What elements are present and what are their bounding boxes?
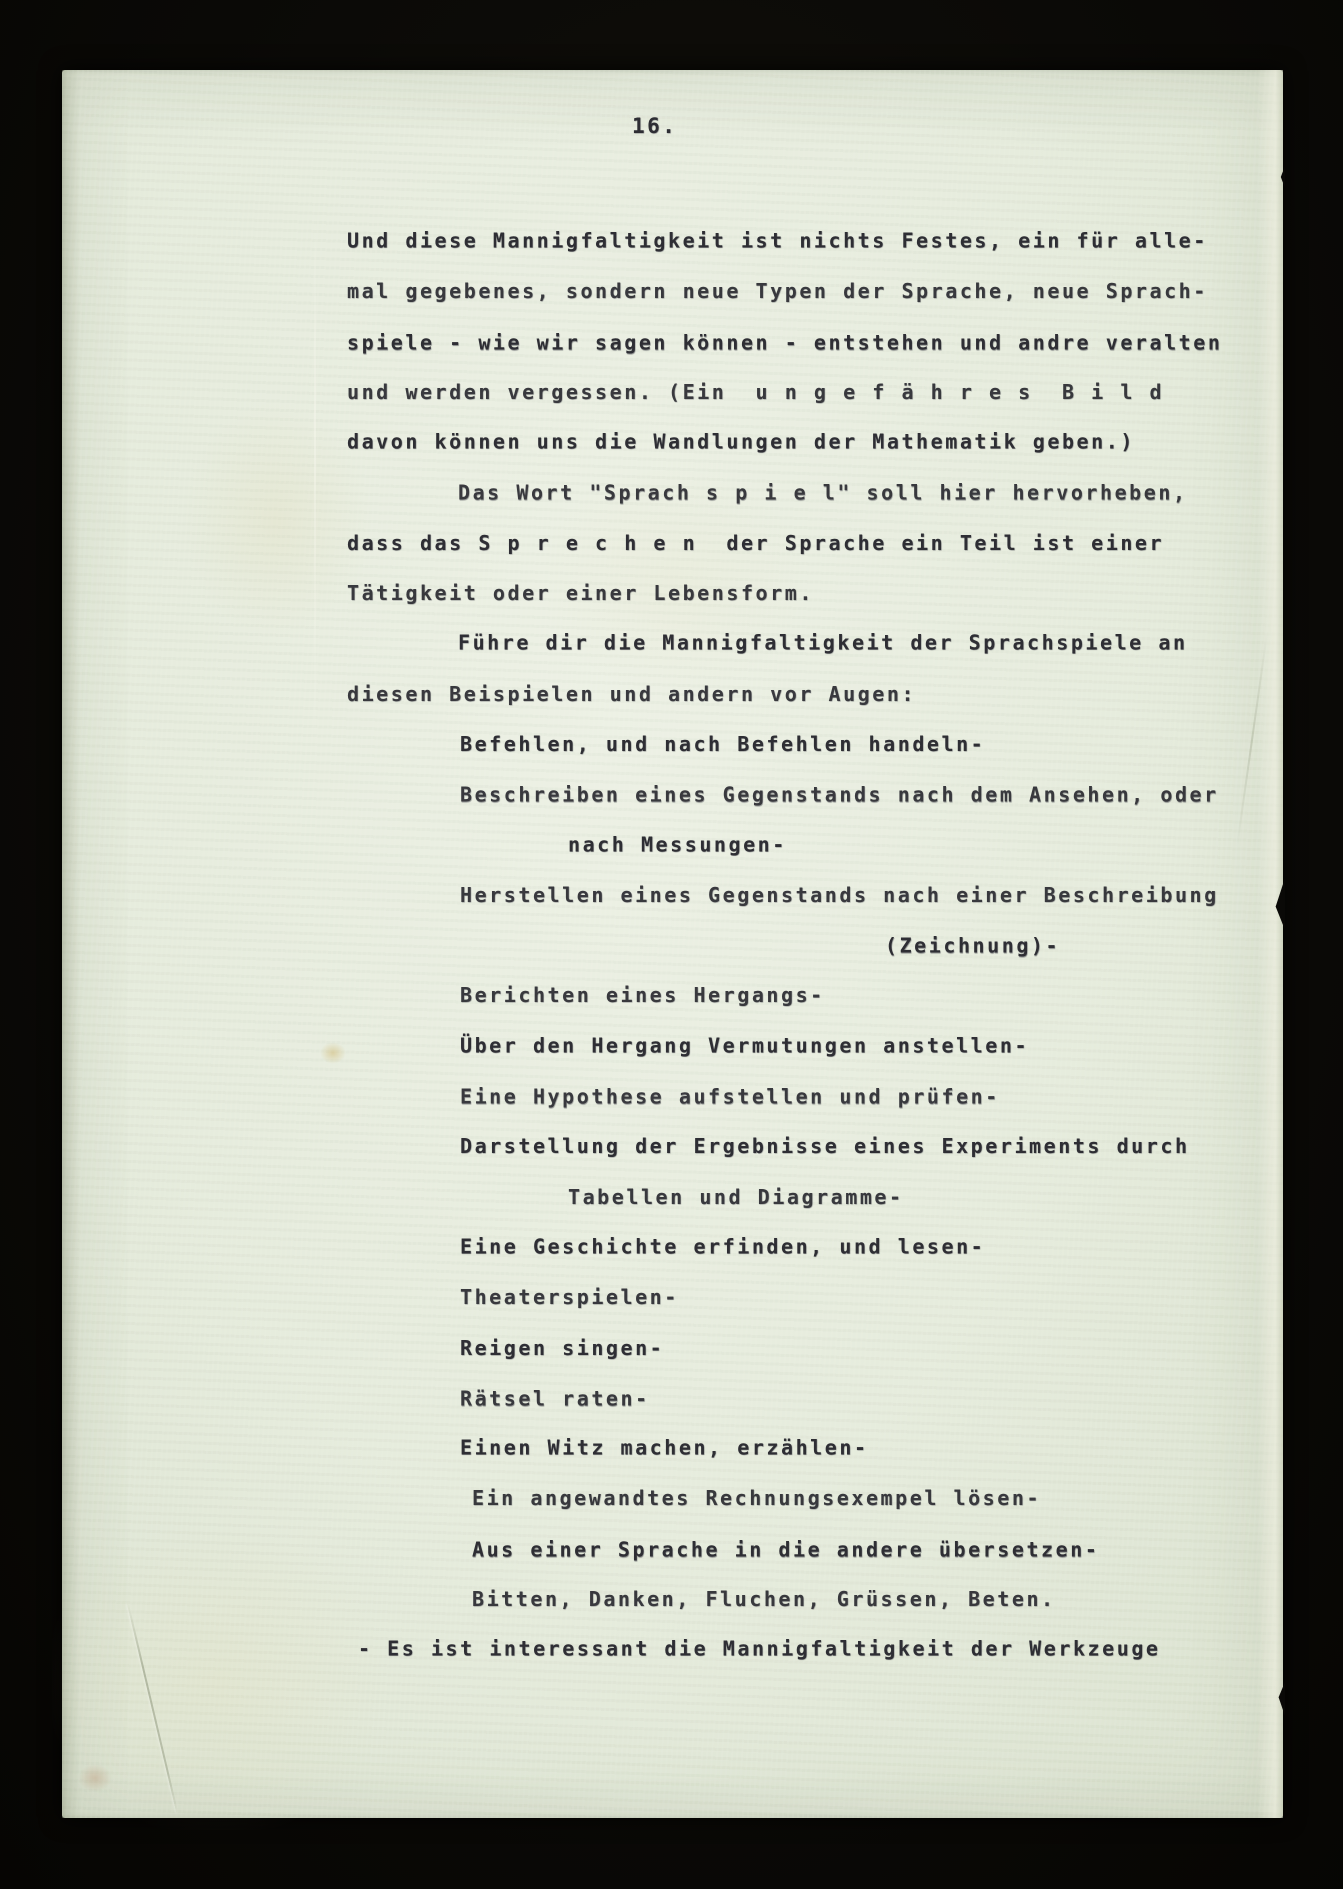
text-line: Beschreiben eines Gegenstands nach dem A… (62, 770, 1283, 820)
text-line: Und diese Mannigfaltigkeit ist nichts Fe… (62, 216, 1283, 266)
paper-stain (78, 1764, 112, 1792)
text-line: Darstellung der Ergebnisse eines Experim… (62, 1121, 1283, 1171)
text-line: davon können uns die Wandlungen der Math… (62, 417, 1283, 467)
typescript-page: 16. Und diese Mannigfaltigkeit ist nicht… (62, 70, 1283, 1818)
text-line: Theaterspielen- (62, 1272, 1283, 1322)
text-line: mal gegebenes, sondern neue Typen der Sp… (62, 266, 1283, 316)
text-line: dass das S p r e c h e n der Sprache ein… (62, 518, 1283, 568)
paper-tear (1279, 166, 1285, 188)
text-line: (Zeichnung)- (62, 921, 1283, 971)
text-line: Einen Witz machen, erzählen- (62, 1423, 1283, 1473)
typescript-text: Und diese Mannigfaltigkeit ist nichts Fe… (62, 216, 1283, 1675)
text-line: Herstellen eines Gegenstands nach einer … (62, 870, 1283, 920)
text-line: Tabellen und Diagramme- (62, 1172, 1283, 1222)
text-line: spiele - wie wir sagen können - entstehe… (62, 317, 1283, 367)
text-line: Tätigkeit oder einer Lebensform. (62, 568, 1283, 618)
text-line: Bitten, Danken, Fluchen, Grüssen, Beten. (62, 1574, 1283, 1624)
text-line: - Es ist interessant die Mannigfaltigkei… (62, 1624, 1283, 1674)
text-line: Rätsel raten- (62, 1373, 1283, 1423)
text-line: Berichten eines Hergangs- (62, 970, 1283, 1020)
page-number: 16. (632, 114, 677, 138)
text-line: Führe dir die Mannigfaltigkeit der Sprac… (62, 618, 1283, 668)
text-line: nach Messungen- (62, 819, 1283, 869)
text-line: Das Wort "Sprach s p i e l" soll hier he… (62, 468, 1283, 518)
text-line: diesen Beispielen und andern vor Augen: (62, 669, 1283, 719)
text-line: Eine Geschichte erfinden, und lesen- (62, 1221, 1283, 1271)
text-line: Über den Hergang Vermutungen anstellen- (62, 1020, 1283, 1070)
text-line: Befehlen, und nach Befehlen handeln- (62, 719, 1283, 769)
paper-tear (1277, 1682, 1285, 1716)
text-line: und werden vergessen. (Ein u n g e f ä h… (62, 367, 1283, 417)
text-line: Ein angewandtes Rechnungsexempel lösen- (62, 1473, 1283, 1523)
text-line: Aus einer Sprache in die andere übersetz… (62, 1524, 1283, 1574)
text-line: Reigen singen- (62, 1323, 1283, 1373)
text-line: Eine Hypothese aufstellen und prüfen- (62, 1072, 1283, 1122)
